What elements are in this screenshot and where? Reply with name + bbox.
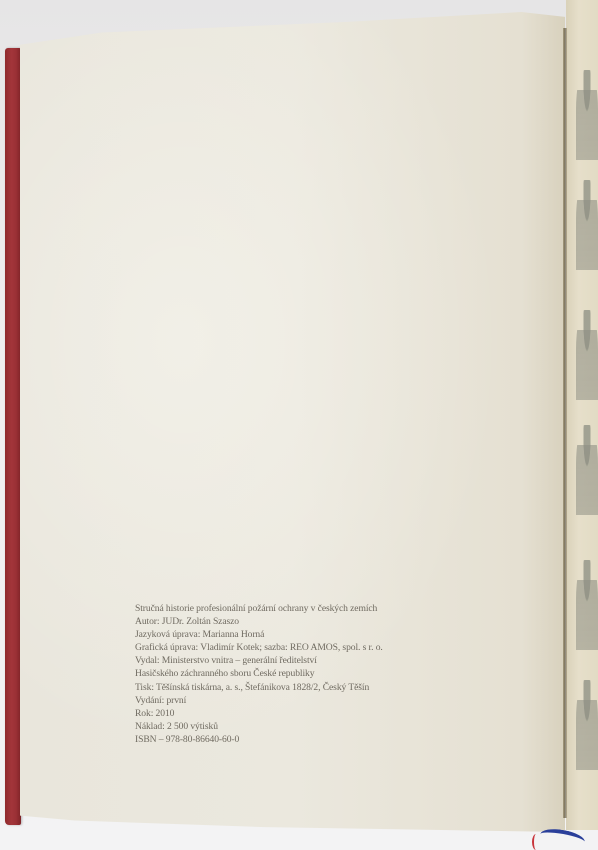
colophon-year: Rok: 2010: [135, 707, 435, 720]
colophon-publisher: Vydal: Ministerstvo vnitra – generální ř…: [135, 654, 435, 667]
illustration-figure: [576, 70, 598, 170]
colophon-edition: Vydání: první: [135, 694, 435, 707]
colophon-isbn: ISBN – 978-80-86640-60-0: [135, 733, 435, 746]
colophon-text-block: Stručná historie profesionální požární o…: [135, 602, 435, 746]
colophon-printer: Tisk: Těšínská tiskárna, a. s., Štefánik…: [135, 681, 435, 694]
illustration-figure: [576, 180, 598, 280]
colophon-print-run: Náklad: 2 500 výtisků: [135, 720, 435, 733]
illustration-figure: [576, 425, 598, 525]
right-page-edge: [566, 0, 598, 830]
colophon-title: Stručná historie profesionální požární o…: [135, 602, 435, 615]
colophon-language-editor: Jazyková úprava: Marianna Horná: [135, 628, 435, 641]
illustration-figure: [576, 680, 598, 780]
illustration-figure: [576, 560, 598, 660]
colophon-graphic-design: Grafická úprava: Vladimír Kotek; sazba: …: [135, 641, 435, 654]
book-gutter: [563, 28, 567, 818]
colophon-author: Autor: JUDr. Zoltán Szaszo: [135, 615, 435, 628]
colophon-publisher-cont: Hasičského záchranného sboru České repub…: [135, 667, 435, 680]
bookmark-ribbon-red[interactable]: [532, 834, 540, 850]
illustration-figure: [576, 310, 598, 410]
book-cover-spine: [5, 48, 21, 825]
